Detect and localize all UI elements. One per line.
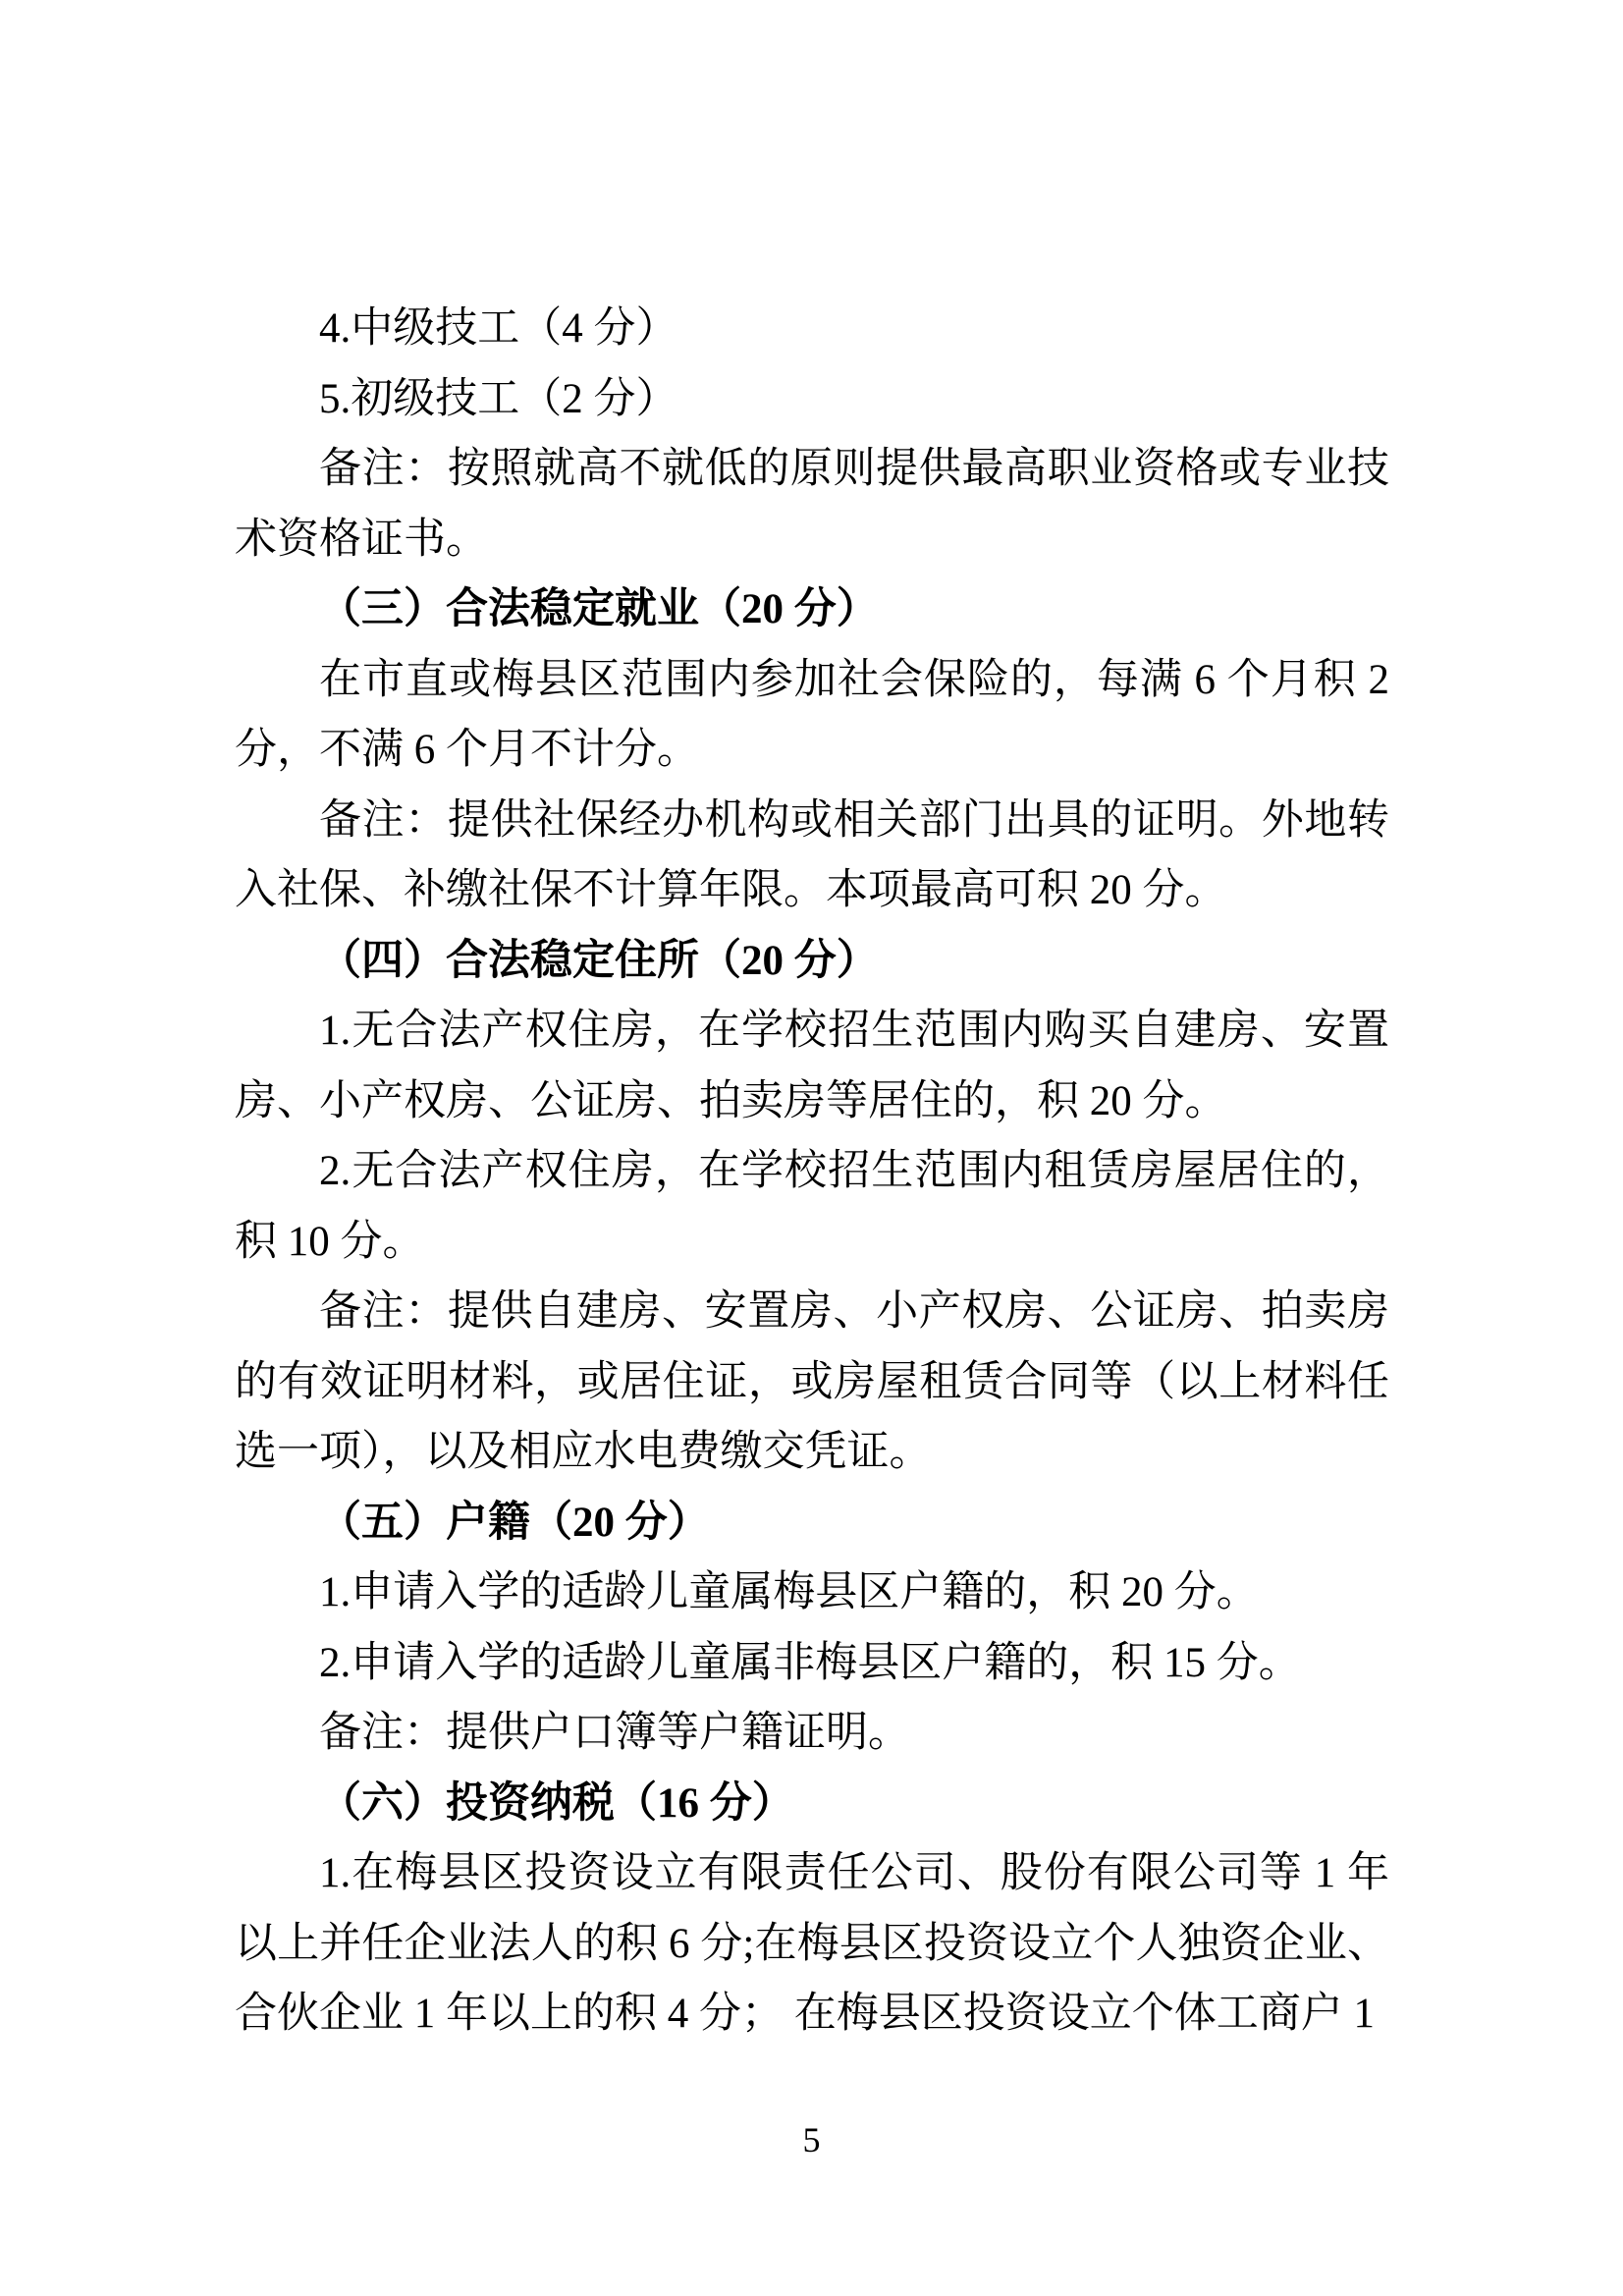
paragraph: 在市直或梅县区范围内参加社会保险的，每满 6 个月积 2 分，不满 6 个月不计… xyxy=(235,645,1389,786)
paragraph: 备注：提供自建房、安置房、小产权房、公证房、拍卖房的有效证明材料，或居住证，或房… xyxy=(235,1277,1389,1488)
document-page: 4.中级技工（4 分）5.初级技工（2 分）备注：按照就高不就低的原则提供最高职… xyxy=(0,0,1623,2296)
section-heading: （五）户籍（20 分） xyxy=(235,1488,1389,1558)
paragraph: 备注：按照就高不就低的原则提供最高职业资格或专业技术资格证书。 xyxy=(235,434,1389,574)
paragraph: 2.无合法产权住房，在学校招生范围内租赁房屋居住的，积 10 分。 xyxy=(235,1136,1389,1277)
paragraph: 备注：提供户口簿等户籍证明。 xyxy=(235,1698,1389,1769)
section-heading: （四）合法稳定住所（20 分） xyxy=(235,926,1389,997)
page-number: 5 xyxy=(0,2119,1623,2160)
paragraph: 2.申请入学的适龄儿童属非梅县区户籍的，积 15 分。 xyxy=(235,1628,1389,1699)
section-heading: （三）合法稳定就业（20 分） xyxy=(235,574,1389,645)
paragraph: 5.初级技工（2 分） xyxy=(235,364,1389,435)
paragraph: 备注：提供社保经办机构或相关部门出具的证明。外地转入社保、补缴社保不计算年限。本… xyxy=(235,786,1389,926)
document-body: 4.中级技工（4 分）5.初级技工（2 分）备注：按照就高不就低的原则提供最高职… xyxy=(235,294,1389,2050)
paragraph: 1.在梅县区投资设立有限责任公司、股份有限公司等 1 年以上并任企业法人的积 6… xyxy=(235,1838,1389,2050)
section-heading: （六）投资纳税（16 分） xyxy=(235,1769,1389,1839)
paragraph: 1.申请入学的适龄儿童属梅县区户籍的，积 20 分。 xyxy=(235,1558,1389,1628)
paragraph: 1.无合法产权住房，在学校招生范围内购买自建房、安置房、小产权房、公证房、拍卖房… xyxy=(235,996,1389,1136)
paragraph: 4.中级技工（4 分） xyxy=(235,294,1389,364)
